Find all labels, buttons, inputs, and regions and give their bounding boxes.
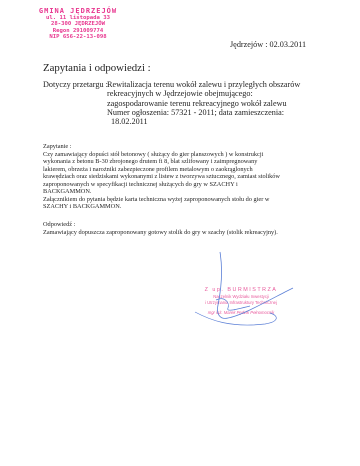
question-line: zaproponowanych w specyfikacji techniczn…: [43, 181, 343, 189]
question-line: lakierem, obrzeża i narożniki zabezpiecz…: [43, 166, 343, 174]
answer-line: Zamawiający dopuszcza zaproponowany goto…: [43, 229, 343, 237]
answer-block: Odpowiedź : Zamawiający dopuszcza zaprop…: [43, 221, 343, 236]
subject-line: Rewitalizacja terenu wokół zalewu i przy…: [107, 80, 347, 89]
question-line: Czy zamawiający dopuści stół betonowy ( …: [43, 151, 343, 159]
answer-heading: Odpowiedź :: [43, 221, 343, 229]
question-line: BACKGAMMON.: [43, 188, 343, 196]
subject-line: zagospodarowanie terenu rekreacyjnego wo…: [107, 99, 347, 108]
subject-line: 18.02.2011: [107, 117, 347, 126]
letterhead-stamp: GMINA JĘDRZEJÓW ul. 11 listopada 33 28-3…: [33, 8, 123, 41]
question-line: krawędziach oraz siedziskami wykonanymi …: [43, 173, 343, 181]
question-line: Załącznikiem do pytania będzie karta tec…: [43, 196, 343, 204]
subject-line: Numer ogłoszenia: 57321 - 2011; data zam…: [107, 108, 347, 117]
stamp-line-nip: NIP 656-22-13-098: [33, 34, 123, 41]
handwritten-signature-icon: [190, 250, 310, 330]
question-block: Zapytanie : Czy zamawiający dopuści stół…: [43, 143, 343, 211]
stamp-line-regon: Regon 291009774: [33, 28, 123, 35]
subject-label: Dotyczy przetargu :: [43, 80, 108, 89]
question-heading: Zapytanie :: [43, 143, 343, 151]
question-line: SZACHY i BACKGAMMON.: [43, 203, 343, 211]
subject-lines: Rewitalizacja terenu wokół zalewu i przy…: [107, 80, 347, 126]
question-line: wykonania z betonu B-30 zbrojonego drute…: [43, 158, 343, 166]
stamp-line-municipality: GMINA JĘDRZEJÓW: [33, 8, 123, 15]
stamp-line-city: 28-300 JĘDRZEJÓW: [33, 21, 123, 28]
date-line: Jędrzejów : 02.03.2011: [230, 40, 306, 49]
document-title: Zapytania i odpowiedzi :: [43, 62, 151, 74]
subject-line: rekreacyjnych w Jędrzejowie obejmującego…: [107, 89, 347, 98]
